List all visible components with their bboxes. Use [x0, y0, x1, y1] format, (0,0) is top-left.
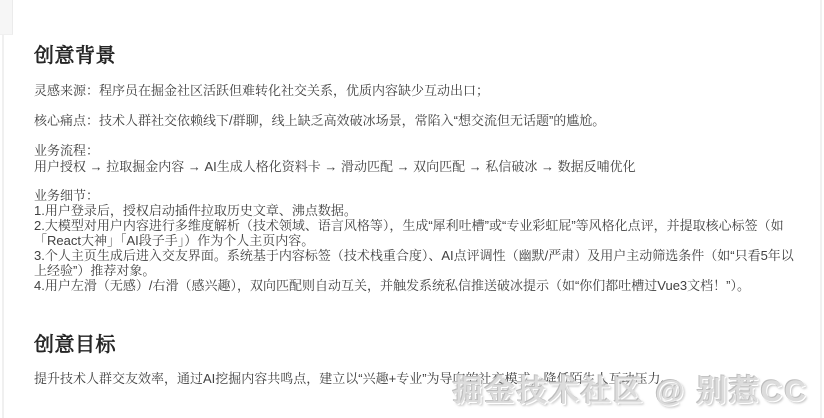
inspiration-paragraph: 灵感来源：程序员在掘金社区活跃但难转化社交关系，优质内容缺少互动出口；	[34, 83, 794, 99]
pain-point-paragraph: 核心痛点：技术人群社交依赖线下/群聊，线上缺乏高效破冰场景，常陷入“想交流但无话…	[34, 113, 794, 129]
section-heading-background: 创意背景	[34, 43, 794, 69]
section-heading-goal: 创意目标	[34, 332, 794, 358]
left-edge-line	[2, 34, 4, 418]
detail-item-1: 1.用户登录后，授权启动插件拉取历史文章、沸点数据。	[34, 203, 794, 218]
business-details-block: 业务细节： 1.用户登录后，授权启动插件拉取历史文章、沸点数据。 2.大模型对用…	[34, 188, 794, 293]
detail-item-4: 4.用户左滑（无感）/右滑（感兴趣），双向匹配则自动互关，并触发系统私信推送破冰…	[34, 278, 794, 293]
right-edge-line	[820, 0, 822, 418]
business-details-label: 业务细节：	[34, 188, 794, 203]
business-flow-line: 用户授权 → 拉取掘金内容 → AI生成人格化资料卡 → 滑动匹配 → 双向匹配…	[34, 159, 794, 175]
document-page: 创意背景 灵感来源：程序员在掘金社区活跃但难转化社交关系，优质内容缺少互动出口；…	[0, 0, 824, 418]
scrollbar-remnant	[0, 0, 13, 35]
detail-item-3: 3.个人主页生成后进入交友界面。系统基于内容标签（技术栈重合度）、AI点评调性（…	[34, 248, 794, 278]
document-content: 创意背景 灵感来源：程序员在掘金社区活跃但难转化社交关系，优质内容缺少互动出口；…	[34, 33, 794, 387]
detail-item-2: 2.大模型对用户内容进行多维度解析（技术领域、语言风格等），生成“犀利吐槽”或“…	[34, 218, 794, 248]
watermark: 掘金技术社区 @ 别惹CC	[453, 366, 808, 410]
business-flow-block: 业务流程： 用户授权 → 拉取掘金内容 → AI生成人格化资料卡 → 滑动匹配 …	[34, 143, 794, 175]
business-flow-label: 业务流程：	[34, 143, 794, 159]
